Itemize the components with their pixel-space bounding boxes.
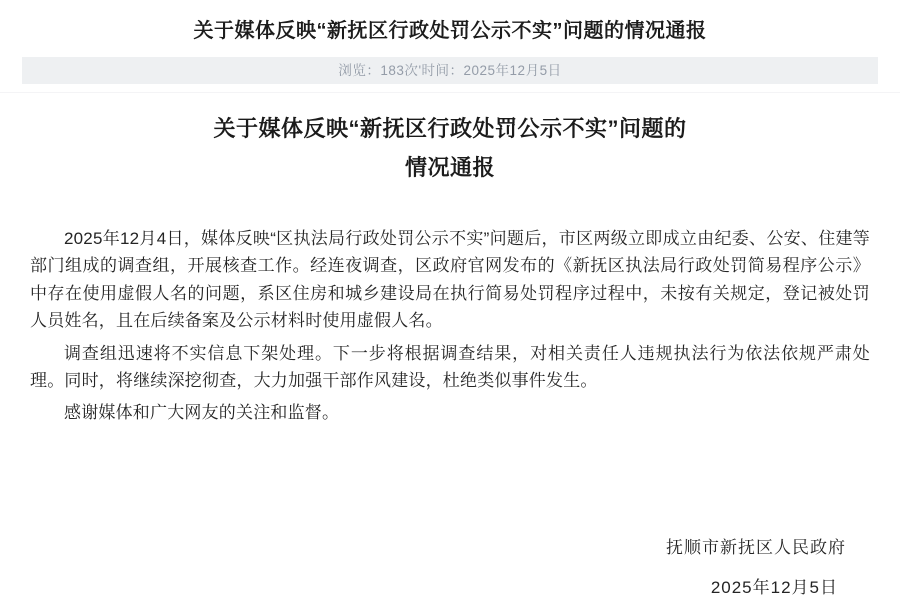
article-title: 关于媒体反映“新抚区行政处罚公示不实”问题的 情况通报: [30, 109, 870, 187]
article-title-line1: 关于媒体反映“新抚区行政处罚公示不实”问题的: [30, 109, 870, 148]
article-title-line2: 情况通报: [30, 148, 870, 187]
paragraph-3: 感谢媒体和广大网友的关注和监督。: [30, 399, 870, 426]
time-value: 2025年12月5日: [464, 63, 562, 78]
paragraph-1: 2025年12月4日，媒体反映“区执法局行政处罚公示不实”问题后，市区两级立即成…: [30, 225, 870, 335]
content-divider: [0, 92, 900, 93]
signature-date: 2025年12月5日: [30, 573, 870, 598]
views-label: 浏览：: [338, 63, 380, 78]
page-title: 关于媒体反映“新抚区行政处罚公示不实”问题的情况通报: [0, 0, 900, 45]
article-body: 2025年12月4日，媒体反映“区执法局行政处罚公示不实”问题后，市区两级立即成…: [30, 225, 870, 427]
article: 关于媒体反映“新抚区行政处罚公示不实”问题的 情况通报 2025年12月4日，媒…: [0, 109, 900, 598]
signature-authority: 抚顺市新抚区人民政府: [30, 533, 870, 558]
paragraph-2: 调查组迅速将不实信息下架处理。下一步将根据调查结果，对相关责任人违规执法行为依法…: [30, 340, 870, 395]
announcement-page: 关于媒体反映“新抚区行政处罚公示不实”问题的情况通报 浏览：183次'时间：20…: [0, 0, 900, 606]
time-label: 时间：: [422, 63, 464, 78]
meta-bar: 浏览：183次'时间：2025年12月5日: [22, 57, 878, 84]
views-count: 183次: [380, 63, 418, 78]
